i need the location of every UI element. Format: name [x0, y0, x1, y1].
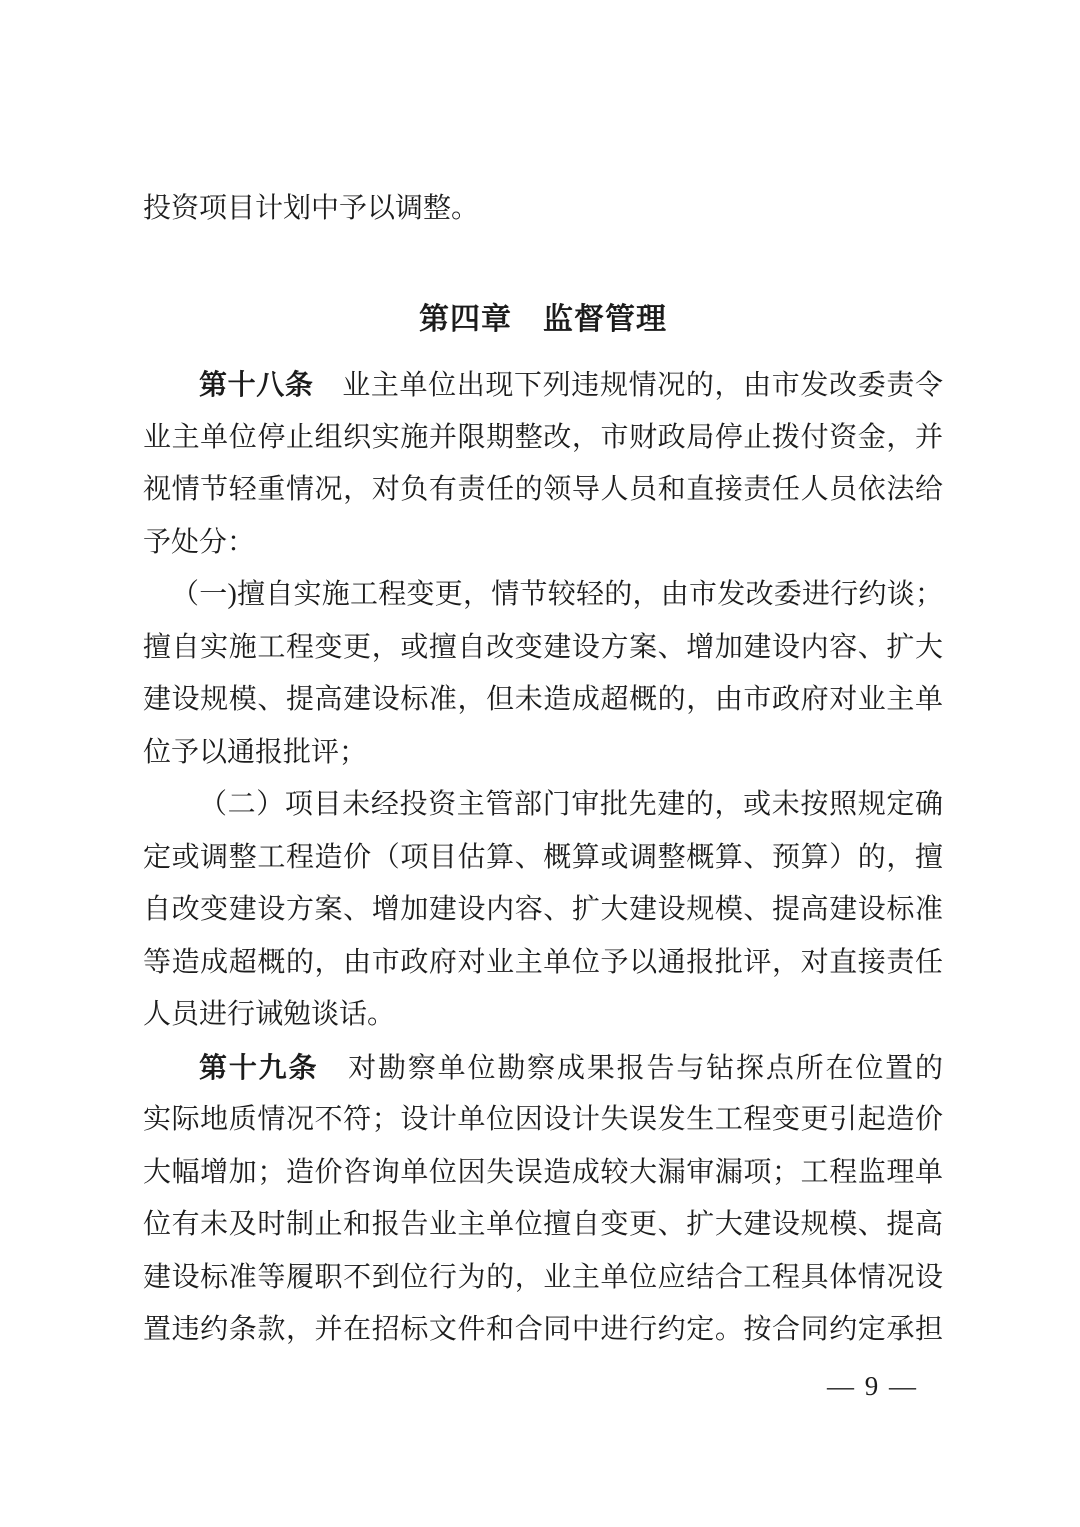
text-line: 建设标准等履职不到位行为的，业主单位应结合工程具体情况设	[143, 1252, 943, 1305]
text-line: 等造成超概的，由市政府对业主单位予以通报批评，对直接责任	[143, 937, 943, 990]
body-text: 位予以通报批评；	[143, 737, 367, 768]
body-text: 定或调整工程造价（项目估算、概算或调整概算、预算）的，擅	[143, 842, 943, 873]
body-text: 自改变建设方案、增加建设内容、扩大建设规模、提高建设标准	[143, 894, 943, 925]
text-line: 定或调整工程造价（项目估算、概算或调整概算、预算）的，擅	[143, 832, 943, 885]
text-line: 投资项目计划中予以调整。	[143, 183, 943, 236]
body-text: 业主单位停止组织实施并限期整改，市财政局停止拨付资金，并	[143, 422, 943, 453]
text-line: 位予以通报批评；	[143, 727, 943, 780]
text-line: （二）项目未经投资主管部门审批先建的，或未按照规定确	[143, 779, 943, 832]
body-text: 视情节轻重情况，对负有责任的领导人员和直接责任人员依法给	[143, 474, 943, 505]
bold-lead-text: 第十八条	[199, 369, 314, 400]
bold-lead-text: 第十九条	[199, 1052, 318, 1083]
body-text: 投资项目计划中予以调整。	[143, 193, 479, 224]
body-text: 业主单位出现下列违规情况的，由市发改委责令	[314, 370, 943, 401]
text-line: 擅自实施工程变更，或擅自改变建设方案、增加建设内容、扩大	[143, 622, 943, 675]
text-line: 实际地质情况不符；设计单位因设计失误发生工程变更引起造价	[143, 1094, 943, 1147]
body-text: 置违约条款，并在招标文件和合同中进行约定。按合同约定承担	[143, 1314, 943, 1345]
body-text: 建设规模、提高建设标准，但未造成超概的，由市政府对业主单	[143, 684, 943, 715]
body-text: 建设标准等履职不到位行为的，业主单位应结合工程具体情况设	[143, 1262, 943, 1293]
body-text: 对勘察单位勘察成果报告与钻探点所在位置的	[318, 1053, 943, 1084]
body-text: 擅自实施工程变更，或擅自改变建设方案、增加建设内容、扩大	[143, 632, 943, 663]
text-line: （一)擅自实施工程变更，情节较轻的，由市发改委进行约谈；	[143, 569, 943, 622]
body-text: （二）项目未经投资主管部门审批先建的，或未按照规定确	[199, 789, 943, 820]
page-number: — 9 —	[827, 1368, 918, 1404]
chapter-heading: 第四章 监督管理	[143, 294, 943, 347]
body-text: 位有未及时制止和报告业主单位擅自变更、扩大建设规模、提高	[143, 1209, 943, 1240]
text-line: 视情节轻重情况，对负有责任的领导人员和直接责任人员依法给	[143, 464, 943, 517]
document-lines: 投资项目计划中予以调整。第四章 监督管理第十八条 业主单位出现下列违规情况的，由…	[143, 183, 943, 1357]
text-line: 业主单位停止组织实施并限期整改，市财政局停止拨付资金，并	[143, 412, 943, 465]
body-text: （一)擅自实施工程变更，情节较轻的，由市发改委进行约谈；	[171, 579, 943, 610]
text-line: 第十八条 业主单位出现下列违规情况的，由市发改委责令	[143, 359, 943, 412]
body-text: 等造成超概的，由市政府对业主单位予以通报批评，对直接责任	[143, 947, 943, 978]
text-line: 人员进行诫勉谈话。	[143, 989, 943, 1042]
body-text: 人员进行诫勉谈话。	[143, 999, 395, 1030]
document-page: 投资项目计划中予以调整。第四章 监督管理第十八条 业主单位出现下列违规情况的，由…	[0, 0, 1080, 1527]
text-line: 第十九条 对勘察单位勘察成果报告与钻探点所在位置的	[143, 1042, 943, 1095]
bold-lead-text: 第四章 监督管理	[419, 303, 667, 336]
text-line: 予处分：	[143, 517, 943, 570]
text-line: 大幅增加；造价咨询单位因失误造成较大漏审漏项；工程监理单	[143, 1147, 943, 1200]
text-line: 建设规模、提高建设标准，但未造成超概的，由市政府对业主单	[143, 674, 943, 727]
body-text: 实际地质情况不符；设计单位因设计失误发生工程变更引起造价	[143, 1104, 943, 1135]
body-text: 大幅增加；造价咨询单位因失误造成较大漏审漏项；工程监理单	[143, 1157, 943, 1188]
text-line: 置违约条款，并在招标文件和合同中进行约定。按合同约定承担	[143, 1304, 943, 1357]
text-line: 自改变建设方案、增加建设内容、扩大建设规模、提高建设标准	[143, 884, 943, 937]
body-text: 予处分：	[143, 527, 255, 558]
text-line: 位有未及时制止和报告业主单位擅自变更、扩大建设规模、提高	[143, 1199, 943, 1252]
